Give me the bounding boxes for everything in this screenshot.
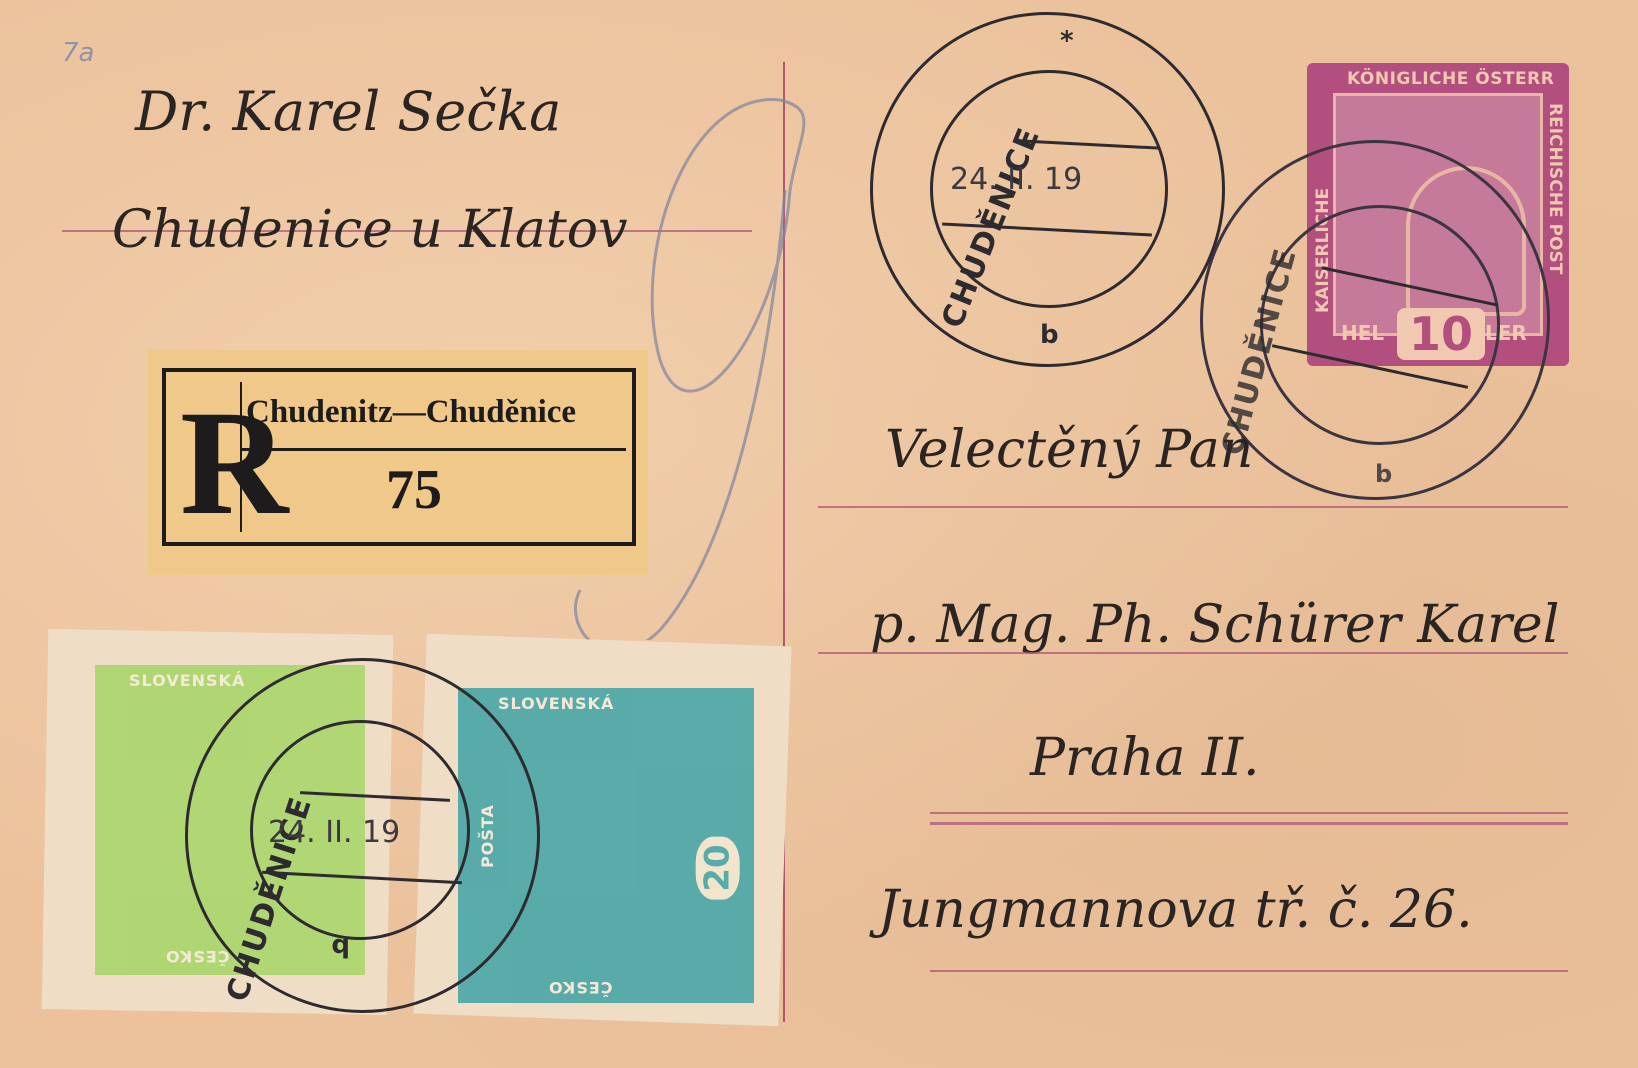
postmark-date: 24. II. 19 xyxy=(268,815,400,850)
label-divider xyxy=(240,448,626,451)
address-rule xyxy=(818,506,1568,508)
registration-label: R Chudenitz—Chuděnice 75 xyxy=(148,350,648,575)
pencil-note: 7a xyxy=(62,38,94,68)
postmark-letter: b xyxy=(1040,320,1061,350)
recipient-city: Praha II. xyxy=(1030,728,1259,788)
address-rule xyxy=(818,652,1568,654)
stamp-bottom-text: ČESKO xyxy=(165,947,229,966)
sender-name: Dr. Karel Sečka xyxy=(135,80,561,143)
postmark-date: 24. II. 19 xyxy=(950,162,1082,197)
postmark-letter: b xyxy=(329,932,350,962)
stamp-inscription-top: KÖNIGLICHE ÖSTERR xyxy=(1347,69,1554,89)
stamp-bottom-text: ČESKO xyxy=(548,978,612,997)
address-rule-double xyxy=(930,822,1568,825)
registration-number: 75 xyxy=(386,458,442,522)
recipient-salutation: Velectěný Pan xyxy=(885,420,1253,480)
registration-frame: R Chudenitz—Chuděnice 75 xyxy=(162,368,636,546)
recipient-name: p. Mag. Ph. Schürer Karel xyxy=(870,595,1559,655)
stamp-top-text: SLOVENSKÁ xyxy=(129,671,245,690)
stamp-denomination: 20 xyxy=(696,836,740,899)
label-divider xyxy=(240,382,242,532)
address-rule xyxy=(930,812,1568,814)
stamp-inscription-right: REICHISCHE POST xyxy=(1545,103,1565,274)
postcard: 7a Dr. Karel Sečka Chudenice u Klatov R … xyxy=(0,0,1638,1068)
recipient-street: Jungmannova tř. č. 26. xyxy=(878,880,1473,940)
address-rule xyxy=(930,970,1568,972)
stamp-top-text: SLOVENSKÁ xyxy=(498,694,614,713)
postmark-letter: b xyxy=(1375,460,1394,488)
star-icon: * xyxy=(1060,26,1076,56)
registration-office: Chudenitz—Chuděnice xyxy=(246,394,576,431)
